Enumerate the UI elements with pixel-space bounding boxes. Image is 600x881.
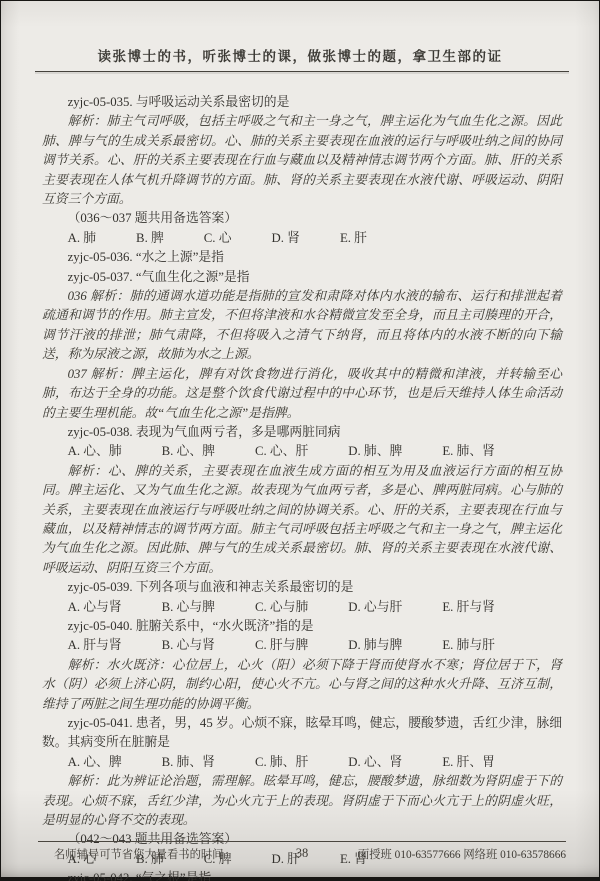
question-paragraph: zyjc-05-038. 表现为气血两亏者，多是哪两脏同病 bbox=[42, 423, 562, 442]
option: D. 心、肾 bbox=[348, 755, 402, 769]
question-paragraph: zyjc-05-036. “水之上源”是指 bbox=[42, 248, 562, 267]
analysis-paragraph: 解析：心、脾的关系，主要表现在血液生成方面的相互为用及血液运行方面的相互协同。脾… bbox=[42, 462, 562, 578]
option: E. 肝与肾 bbox=[442, 600, 495, 614]
page-footer: 名师辅导可节省您大量看书的时间 38 面授班 010-63577666 网络班 … bbox=[38, 841, 566, 862]
analysis-paragraph: 解析：肺主气司呼吸，包括主呼吸之气和主一身之气，脾主运化为气血生化之源。因此肺、… bbox=[42, 112, 562, 209]
option: A. 心、脾 bbox=[68, 755, 122, 769]
option: C. 肺、肝 bbox=[255, 755, 308, 769]
header-rule bbox=[35, 71, 569, 72]
options-row: A. 心、肺B. 心、脾C. 心、肝D. 肺、脾E. 肺、肾 bbox=[42, 442, 562, 461]
option: A. 肝与肾 bbox=[68, 638, 122, 652]
question-paragraph: zyjc-05-037. “气血生化之源”是指 bbox=[42, 268, 562, 287]
option: A. 心与肾 bbox=[68, 600, 122, 614]
scanned-page: 读张博士的书，听张博士的课，做张博士的题，拿卫生部的证 zyjc-05-035.… bbox=[0, 0, 600, 881]
option: C. 心与肺 bbox=[255, 600, 308, 614]
option: D. 心与肝 bbox=[348, 600, 402, 614]
option: A. 心、肺 bbox=[68, 444, 122, 458]
option: D. 肺、脾 bbox=[348, 444, 402, 458]
analysis-paragraph: 036 解析：肺的通调水道功能是指肺的宣发和肃降对体内水液的输布、运行和排泄起着… bbox=[42, 287, 562, 365]
option: E. 肺与肝 bbox=[442, 638, 495, 652]
analysis-paragraph: 037 解析：脾主运化，脾有对饮食物进行消化，吸收其中的精微和津液，并转输至心肺… bbox=[42, 365, 562, 423]
note-paragraph: （036～037 题共用备选答案） bbox=[42, 209, 562, 228]
options-row: A. 肺B. 脾C. 心D. 肾E. 肝 bbox=[42, 229, 562, 248]
option: E. 肝 bbox=[340, 231, 367, 245]
option: B. 心与肾 bbox=[162, 638, 215, 652]
option: E. 肝、胃 bbox=[442, 755, 495, 769]
page-header: 读张博士的书，听张博士的课，做张博士的题，拿卫生部的证 bbox=[1, 1, 599, 72]
option: B. 肺、肾 bbox=[162, 755, 215, 769]
option: D. 肾 bbox=[272, 231, 300, 245]
question-paragraph: zyjc-05-039. 下列各项与血液和神志关系最密切的是 bbox=[42, 578, 562, 597]
analysis-paragraph: 解析：此为辨证论治题，需理解。眩晕耳鸣，健忘，腰酸梦遗，脉细数为肾阴虚于下的表现… bbox=[42, 772, 562, 830]
footer-page-number: 38 bbox=[38, 846, 566, 861]
option: B. 脾 bbox=[136, 231, 164, 245]
option: B. 心与脾 bbox=[162, 600, 215, 614]
options-row: A. 心与肾B. 心与脾C. 心与肺D. 心与肝E. 肝与肾 bbox=[42, 598, 562, 617]
question-paragraph: zyjc-05-035. 与呼吸运动关系最密切的是 bbox=[42, 93, 562, 112]
question-paragraph: zyjc-05-041. 患者，男，45 岁。心烦不寐，眩晕耳鸣，健忘，腰酸梦遗… bbox=[42, 714, 562, 753]
option: C. 肝与脾 bbox=[255, 638, 308, 652]
option: A. 肺 bbox=[68, 231, 96, 245]
option: E. 肺、肾 bbox=[442, 444, 495, 458]
document-page: 读张博士的书，听张博士的课，做张博士的题，拿卫生部的证 zyjc-05-035.… bbox=[1, 1, 599, 877]
analysis-paragraph: 解析：水火既济：心位居上，心火（阳）必须下降于肾而使肾水不寒；肾位居于下，肾水（… bbox=[42, 656, 562, 714]
question-paragraph: zyjc-05-040. 脏腑关系中，“水火既济”指的是 bbox=[42, 617, 562, 636]
question-paragraph: zyjc-05-042. “气之根”是指 bbox=[42, 869, 562, 881]
document-body: zyjc-05-035. 与呼吸运动关系最密切的是解析：肺主气司呼吸，包括主呼吸… bbox=[42, 93, 562, 881]
option: C. 心、肝 bbox=[255, 444, 308, 458]
header-slogan: 读张博士的书，听张博士的课，做张博士的题，拿卫生部的证 bbox=[1, 45, 599, 65]
option: C. 心 bbox=[204, 231, 232, 245]
options-row: A. 心、脾B. 肺、肾C. 肺、肝D. 心、肾E. 肝、胃 bbox=[42, 753, 562, 772]
option: B. 心、脾 bbox=[162, 444, 215, 458]
option: D. 肺与脾 bbox=[348, 638, 402, 652]
options-row: A. 肝与肾B. 心与肾C. 肝与脾D. 肺与脾E. 肺与肝 bbox=[42, 636, 562, 655]
